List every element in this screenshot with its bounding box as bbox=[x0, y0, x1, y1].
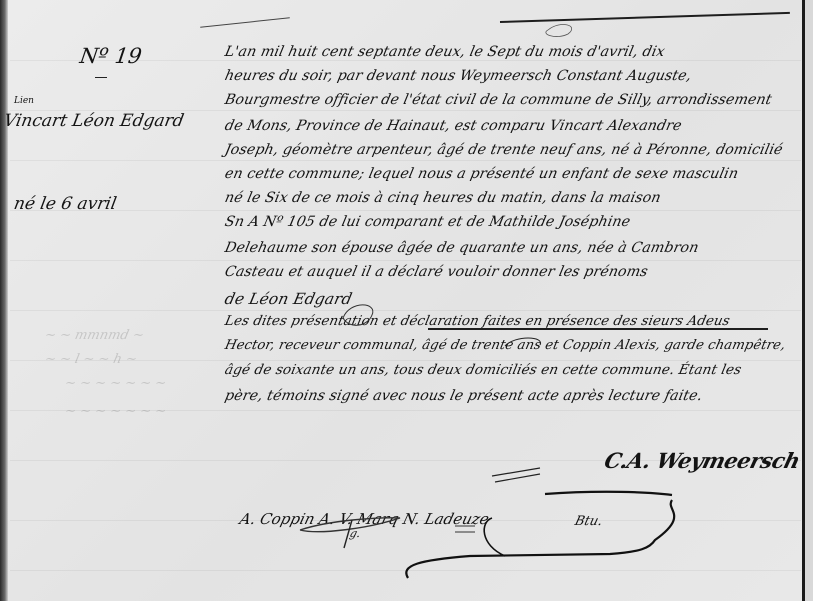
ruled-line bbox=[10, 160, 801, 161]
margin-child-name: Vincart Léon Edgard bbox=[2, 111, 185, 131]
body-line: de Mons, Province de Hainaut, est compar… bbox=[223, 118, 683, 134]
ruled-line bbox=[10, 210, 801, 211]
bleed-through-text: ~ ~ l ~ ~ h ~ bbox=[43, 352, 138, 367]
clerk-signature: Btu. bbox=[573, 514, 604, 529]
entry-number-underline bbox=[95, 77, 107, 78]
entry-number: Nº 19 bbox=[78, 44, 143, 68]
bleed-through-text: ~ ~ ~ ~ ~ ~ ~ bbox=[63, 404, 167, 419]
body-line: né le Six de ce mois à cinq heures du ma… bbox=[223, 190, 662, 206]
witness-paraph: g. bbox=[348, 527, 362, 540]
official-signature: C.A. Weymeersch bbox=[602, 448, 803, 473]
body-line: heures du soir, par devant nous Weymeers… bbox=[223, 68, 693, 84]
body-line: Bourgmestre officier de l'état civil de … bbox=[223, 92, 773, 108]
bleed-through-text: ~ ~ mmnmd ~ bbox=[43, 328, 145, 343]
book-binding-edge bbox=[0, 0, 8, 601]
page-right-margin bbox=[805, 0, 813, 601]
body-line: âgé de soixante un ans, tous deux domici… bbox=[223, 362, 743, 378]
witness-signatures: A. Coppin A. V. Marq N. Ladeuze bbox=[238, 510, 491, 528]
top-separator-rule-left bbox=[200, 17, 290, 27]
ruled-line bbox=[10, 570, 801, 571]
register-page: ~ ~ mmnmd ~ ~ ~ l ~ ~ h ~ ~ ~ ~ ~ ~ ~ ~ … bbox=[0, 0, 813, 601]
body-line: en cette commune; lequel nous a présenté… bbox=[223, 166, 739, 182]
ruled-line bbox=[10, 260, 801, 261]
bleed-through-text: ~ ~ ~ ~ ~ ~ ~ bbox=[63, 376, 167, 391]
body-line: L'an mil huit cent septante deux, le Sep… bbox=[223, 44, 666, 60]
margin-birth-note: né le 6 avril bbox=[12, 194, 118, 214]
body-line: Hector, receveur communal, âgé de trente… bbox=[223, 338, 786, 353]
body-line: Casteau et auquel il a déclaré vouloir d… bbox=[223, 264, 649, 280]
body-line: Delehaume son épouse âgée de quarante un… bbox=[223, 240, 700, 256]
margin-name-prefix: Lien bbox=[14, 96, 34, 106]
ruled-line bbox=[10, 310, 801, 311]
given-names-fill-line bbox=[428, 328, 768, 330]
top-separator-rule bbox=[500, 12, 790, 23]
body-line: Les dites présentation et déclaration fa… bbox=[223, 314, 731, 329]
body-line: Joseph, géomètre arpenteur, âgé de trent… bbox=[223, 142, 784, 158]
body-line: père, témoins signé avec nous le présent… bbox=[223, 388, 704, 404]
body-line: Sn A Nº 105 de lui comparant et de Mathi… bbox=[223, 214, 631, 230]
body-line-given-names: de Léon Edgard bbox=[223, 290, 354, 308]
